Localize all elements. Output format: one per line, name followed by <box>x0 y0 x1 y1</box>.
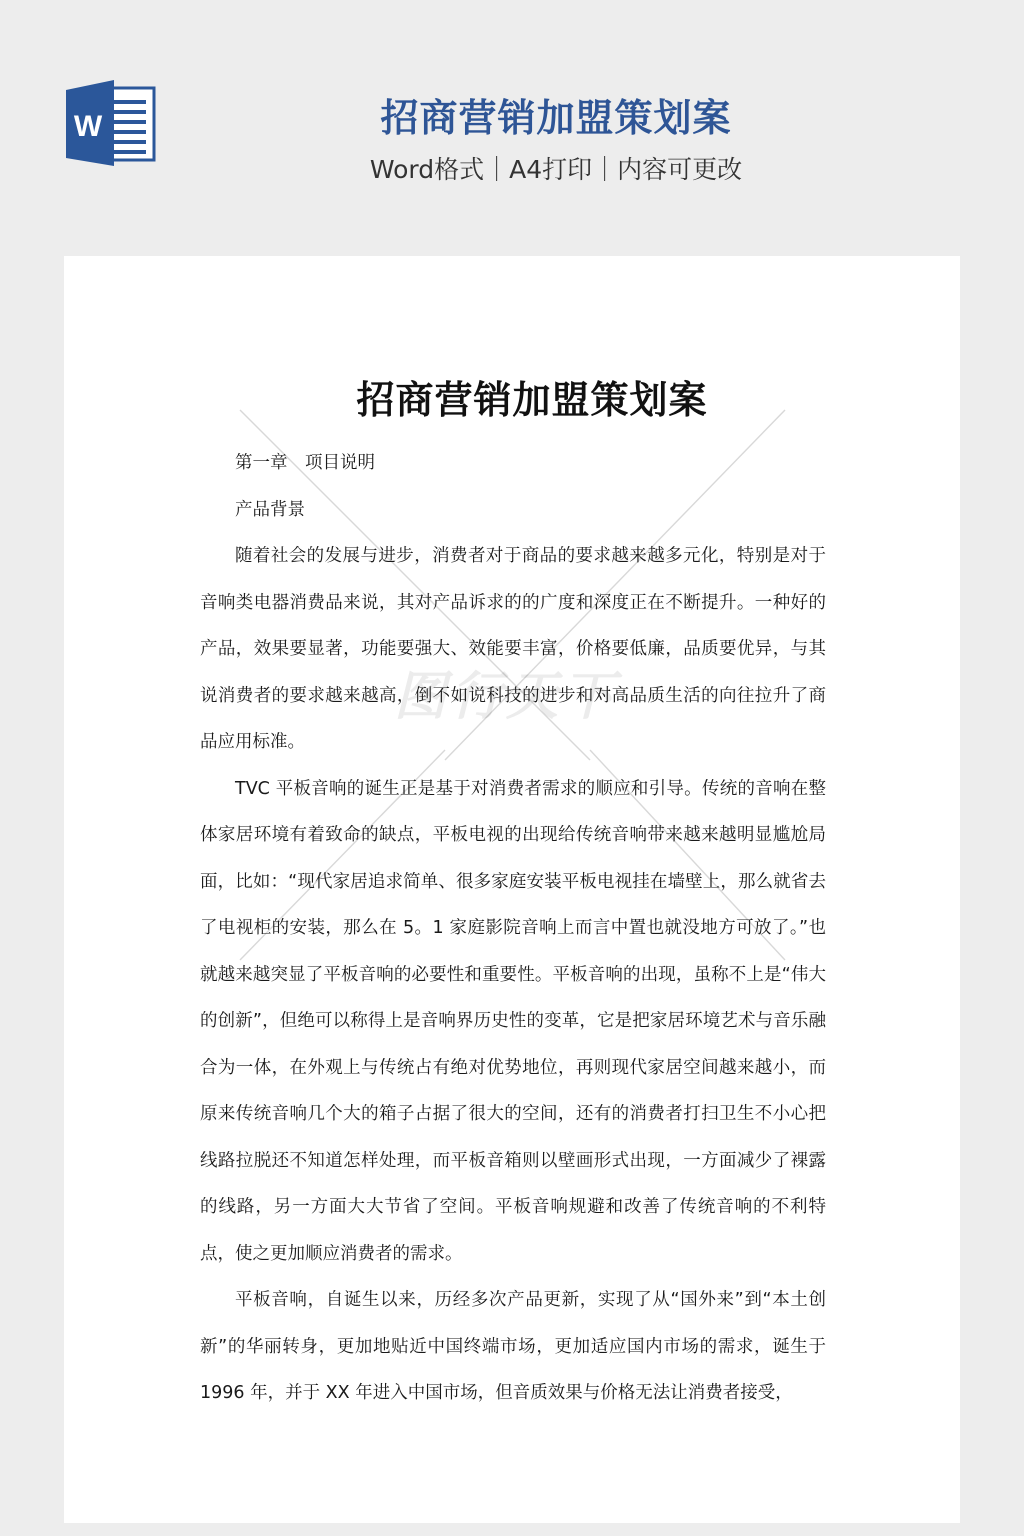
banner-title: 招商营销加盟策划案 <box>300 92 812 144</box>
body-paragraph: 平板音响，自诞生以来，历经多次产品更新，实现了从“国外来”到“本土创新”的华丽转… <box>200 1277 826 1417</box>
document-page: 图行天下 招商营销加盟策划案 第一章 项目说明 产品背景 随着社会的发展与进步，… <box>64 256 960 1523</box>
body-paragraph: TVC 平板音响的诞生正是基于对消费者需求的顺应和引导。传统的音响在整体家居环境… <box>200 766 826 1278</box>
svg-text:W: W <box>74 110 103 143</box>
body-paragraph: 随着社会的发展与进步，消费者对于商品的要求越来越多元化，特别是对于音响类电器消费… <box>200 533 826 766</box>
banner-subtitle: Word格式｜A4打印｜内容可更改 <box>300 152 812 188</box>
section-heading: 产品背景 <box>200 487 826 534</box>
document-title: 招商营销加盟策划案 <box>64 372 1000 428</box>
banner-header: W 招商营销加盟策划案 Word格式｜A4打印｜内容可更改 <box>0 0 1024 256</box>
document-body: 第一章 项目说明 产品背景 随着社会的发展与进步，消费者对于商品的要求越来越多元… <box>200 440 826 1417</box>
word-document-icon: W <box>64 80 156 166</box>
chapter-heading: 第一章 项目说明 <box>200 440 826 487</box>
